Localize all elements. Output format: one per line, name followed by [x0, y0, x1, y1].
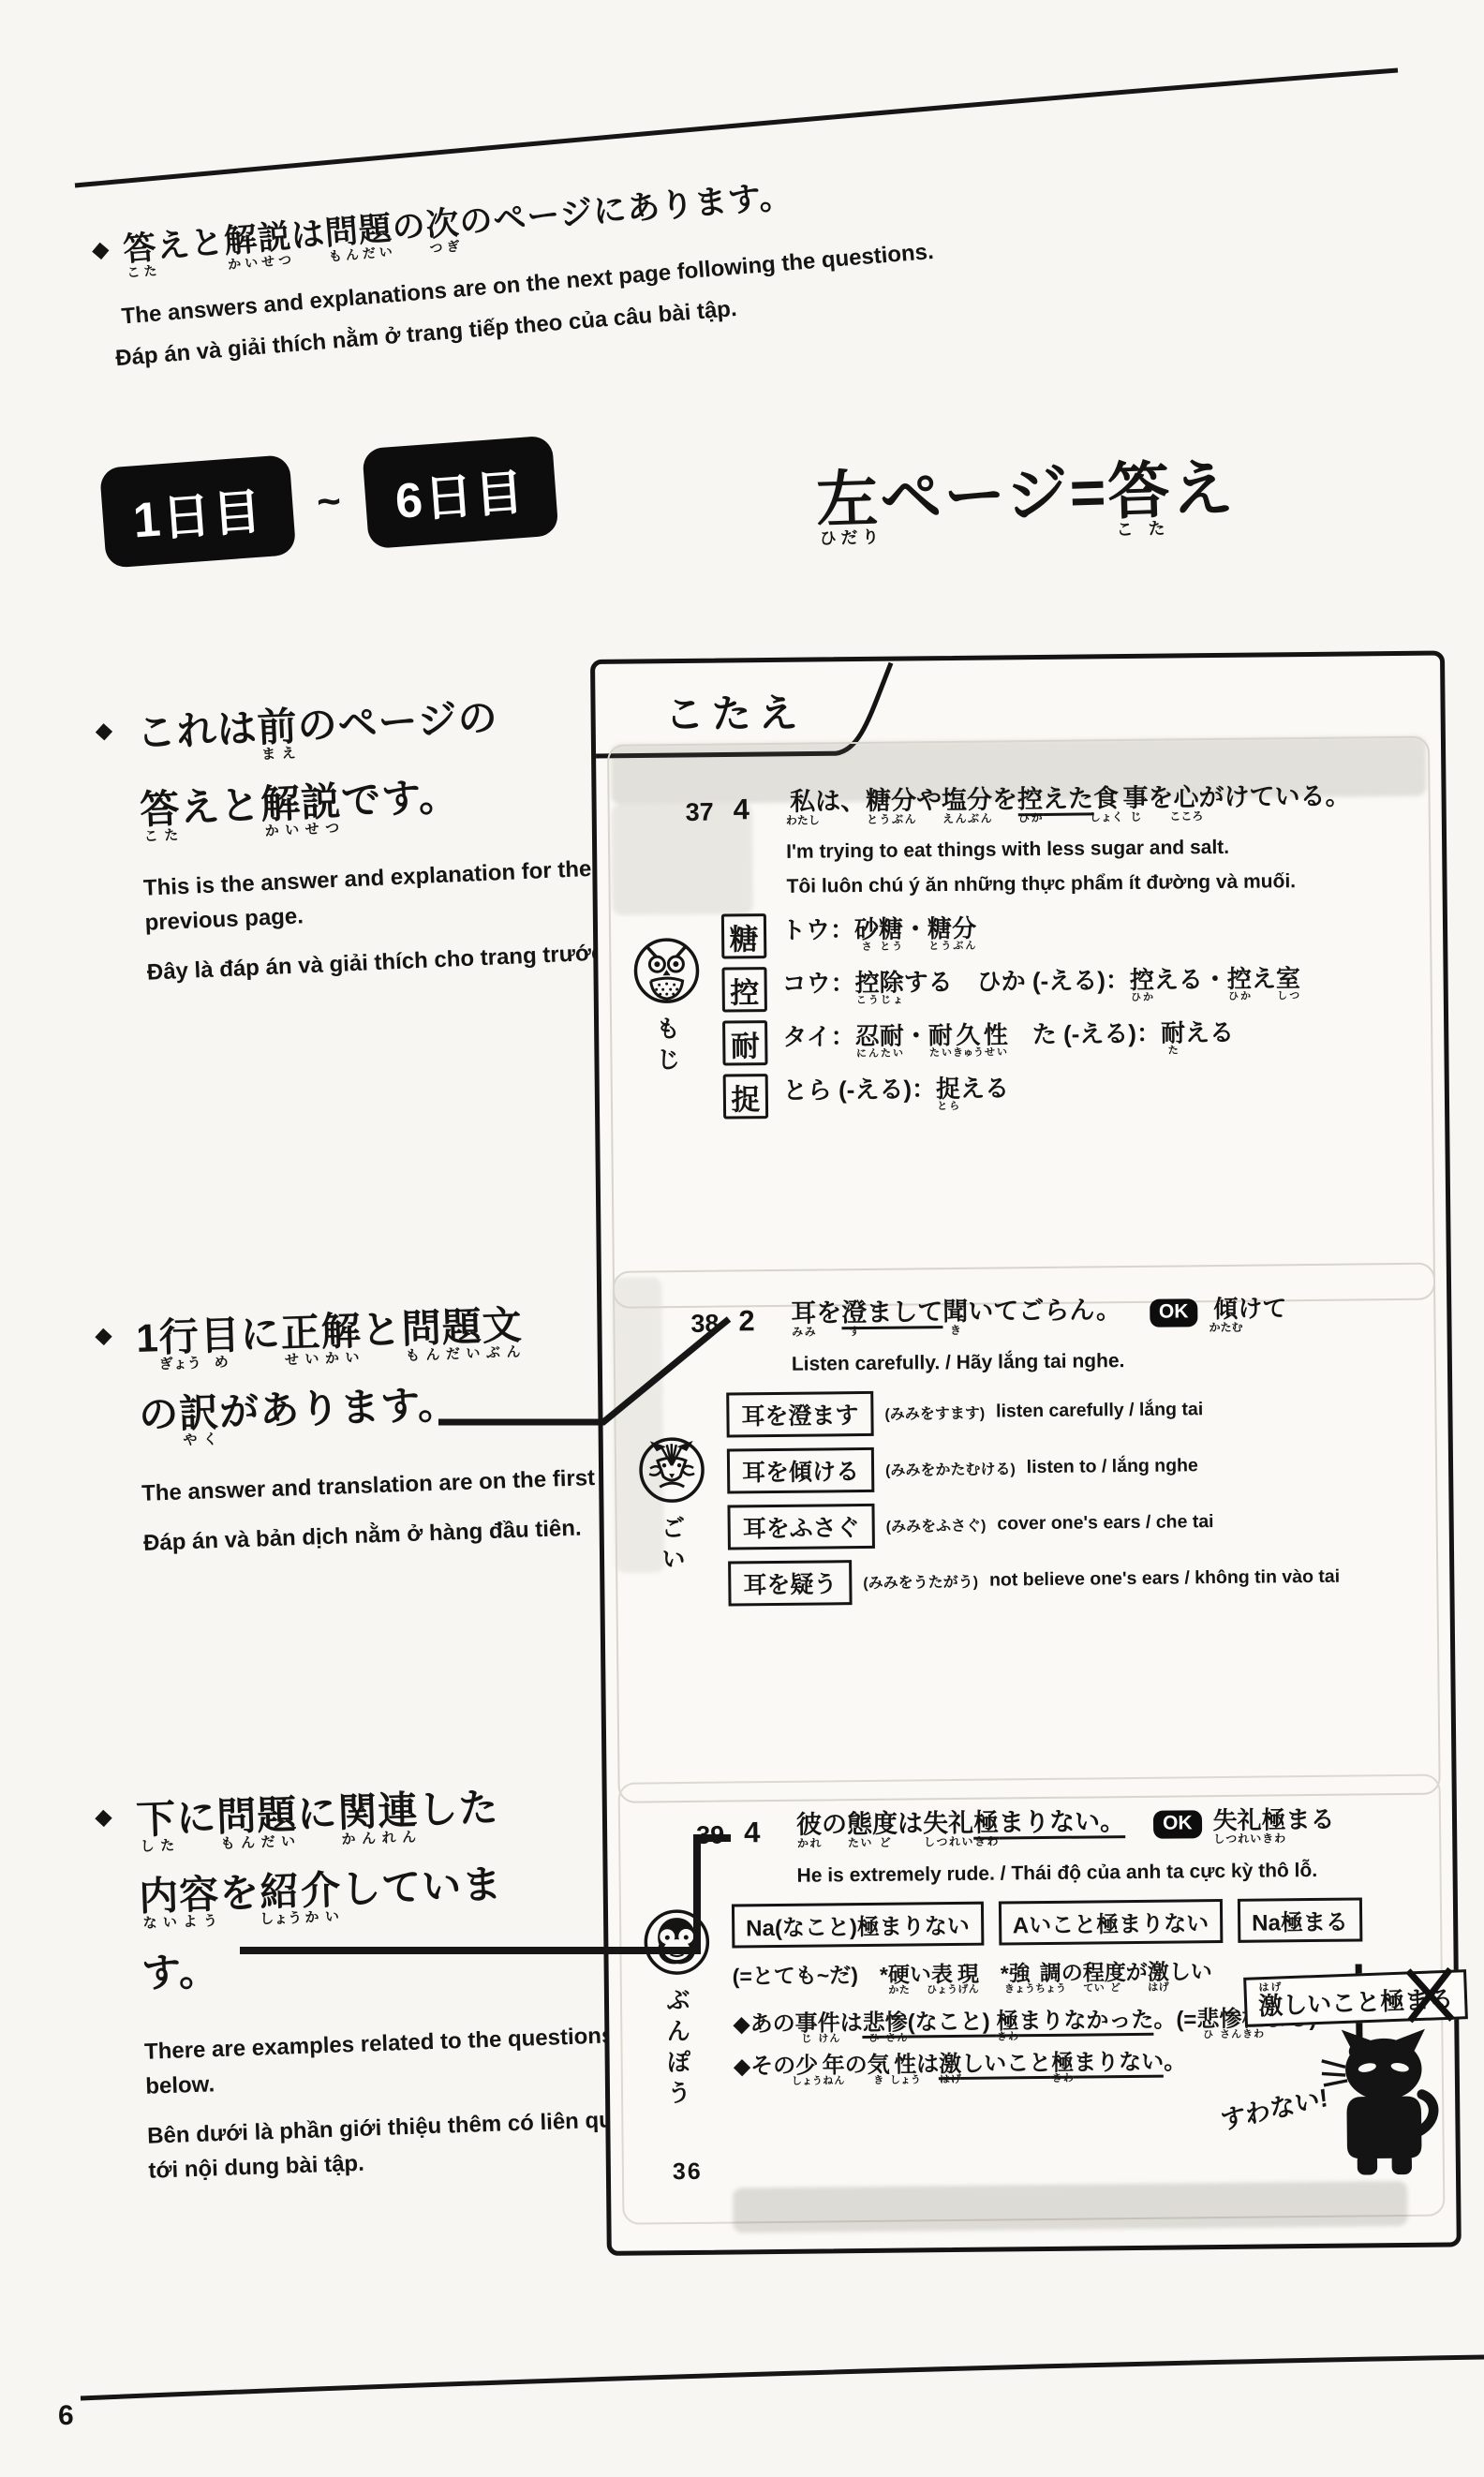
kanji-entry: 控 コウ：控こう除じょする ひか (-える)：控ひかえる・控ひかえ室しつ	[721, 960, 1430, 1013]
kanji-box: 糖	[721, 913, 767, 959]
inner-page-number: 36	[673, 2158, 703, 2186]
phrase-boxed: 耳を疑う	[728, 1560, 853, 1606]
category-column: ごい	[616, 1392, 729, 1618]
question-number: 38	[671, 1299, 738, 1339]
note-english: The answer and translation are on the fi…	[141, 1459, 648, 1511]
note-english: There are examples related to the questi…	[143, 2017, 651, 2104]
page-headline: 左ひだりページ=答こたえ	[815, 449, 1237, 547]
note-examples-below: ◆下したに問もん題だいに関かん連れんした 内ない容ようを紹しょう介かいしていま …	[135, 1764, 655, 2188]
sentence-text: 耳みみを澄すまして聞きいてごらん。	[791, 1296, 1121, 1329]
question-number: 39	[676, 1811, 744, 1850]
kanji-entry: 耐 タイ：忍にん耐たい・耐たい久きゅう性せい た (-える)：耐たえる	[722, 1014, 1431, 1066]
correct-choice-number: 4	[733, 788, 785, 827]
ok-badge: OK	[1153, 1810, 1202, 1839]
ok-alternative: OK傾かたむけて	[1150, 1295, 1287, 1334]
phrase-boxed: 耳を澄ます	[726, 1390, 874, 1437]
category-label-bunpou: ぶんぽう	[660, 1986, 695, 2110]
phrase-row: 耳を澄ます (みみをすます) listen carefully / lắng t…	[726, 1385, 1434, 1437]
kanji-box: 控	[721, 967, 767, 1013]
ok-alternative-text: 傾かたむけて	[1209, 1295, 1286, 1333]
day-badge-last: 6日目	[362, 436, 558, 550]
answer-sentence-jp: 耳みみを澄すまして聞きいてごらん。OK傾かたむけて	[791, 1294, 1287, 1339]
tilde-separator: ~	[315, 478, 342, 527]
answer-translation: He is extremely rude. / Thái độ của anh …	[796, 1855, 1439, 1892]
diamond-bullet-icon: ◆	[95, 1796, 114, 1840]
question-number: 37	[665, 788, 733, 827]
answer-translation-vi: Tôi luôn chú ý ăn những thực phẩm ít đườ…	[786, 865, 1429, 902]
phrase-row: 耳をふさぐ (みみをふさぐ) cover one's ears / che ta…	[727, 1497, 1435, 1550]
phrase-list: 耳を澄ます (みみをすます) listen carefully / lắng t…	[726, 1385, 1436, 1617]
answer-body: もじ 糖 トウ：砂さ糖とう・糖とう分ぶん 控 コウ：控こう除じょする ひか (-…	[611, 907, 1432, 1129]
diamond-bullet-icon: ◆	[95, 709, 114, 754]
category-column: ぶんぽう	[621, 1904, 734, 2111]
category-label-goi: ごい	[655, 1514, 690, 1576]
note-jp-line: の訳やくがあります。	[138, 1359, 646, 1454]
answer-sentence-jp: 私わたしは、糖とう分ぶんや塩えん分ぶんを控ひかえた食しょく事じを心こころがけてい…	[785, 782, 1350, 826]
phrase-boxed: 耳をふさぐ	[727, 1503, 875, 1550]
kanji-box: 捉	[723, 1074, 769, 1120]
category-column: もじ	[611, 914, 723, 1129]
note-jp-text: 下したに問もん題だいに関かん連れんした	[136, 1785, 500, 1841]
ok-alternative-text: 失しつ礼れい極きわまる	[1212, 1806, 1334, 1845]
day-range: 1日目 ~ 6日目	[99, 436, 558, 569]
x-cross-mark-icon	[1400, 1964, 1460, 2027]
crossed-out-sign: 激はげしいこと極まる	[1243, 1969, 1468, 2027]
kanji-entries: 糖 トウ：砂さ糖とう・糖とう分ぶん 控 コウ：控こう除じょする ひか (-える)…	[721, 907, 1432, 1128]
pattern-box: Aいこと極まりない	[999, 1899, 1224, 1946]
category-label-moji: もじ	[649, 1016, 685, 1077]
pattern-box: Na極まる	[1238, 1897, 1362, 1942]
phrase-gloss: listen to / lắng nghe	[1027, 1455, 1198, 1478]
answer-translation: Listen carefully. / Hãy lắng tai nghe.	[792, 1343, 1434, 1381]
diamond-bullet-icon: ◆	[95, 1314, 114, 1358]
answer-sentence-jp: 彼かれの態たい度どは失しつ礼れい極きわまりない。OK失しつ礼れい極きわまる	[796, 1805, 1335, 1850]
intro-heading-jp: 答こたえと解かい説せつは問もん題だいの次つぎのページにあります。	[122, 178, 794, 268]
answer-head: 39 4 彼かれの態たい度どは失しつ礼れい極きわまりない。OK失しつ礼れい極きわ…	[620, 1804, 1439, 1852]
note-jp-text: 1行ぎょう目めに正せい解かいと問もん題だい文ぶん	[136, 1303, 524, 1360]
kanji-entry: 糖 トウ：砂さ糖とう・糖とう分ぶん	[721, 907, 1430, 959]
pattern-box: Na(なこと)極まりない	[732, 1901, 984, 1948]
note-jp-text: これは前まえのページの	[136, 695, 499, 755]
note-previous-page: ◆これは前まえのページの 答こたえと解かい説せつです。 This is the …	[135, 673, 653, 990]
scan-smudge	[733, 2181, 1407, 2233]
owl-icon	[631, 935, 703, 1007]
kanji-readings: コウ：控こう除じょする ひか (-える)：控ひかえる・控ひかえ室しつ	[781, 961, 1300, 1006]
kanji-box: 耐	[722, 1020, 768, 1066]
correct-choice-number: 4	[744, 1811, 796, 1850]
answer-translation-en: I'm trying to eat things with less sugar…	[786, 831, 1429, 868]
note-first-line: ◆1行ぎょう目めに正せい解かいと問もん題だい文ぶん の訳やくがあります。 The…	[135, 1283, 649, 1561]
kanji-readings: タイ：忍にん耐たい・耐たい久きゅう性せい た (-える)：耐たえる	[782, 1016, 1234, 1060]
phrase-row: 耳を傾ける (みみをかたむける) listen to / lắng nghe	[727, 1441, 1435, 1493]
phrase-reading: (みみをかたむける)	[885, 1457, 1016, 1479]
phrase-boxed: 耳を傾ける	[727, 1446, 875, 1493]
cat-mascot-illustration	[1317, 2026, 1450, 2177]
scanned-textbook-page: { "page": { "number": "6", "box_page_num…	[0, 0, 1484, 2477]
answer-item-38: 38 2 耳みみを澄すまして聞きいてごらん。OK傾かたむけて Listen ca…	[613, 1263, 1441, 1803]
note-vietnamese: Đây là đáp án và giải thích cho trang tr…	[146, 933, 653, 990]
ok-badge: OK	[1150, 1298, 1198, 1327]
phrase-gloss: listen carefully / lắng tai	[996, 1399, 1203, 1422]
phrase-gloss: not believe one's ears / không tin vào t…	[989, 1566, 1340, 1592]
kanji-readings: とら (-える)：捉とらえる	[783, 1071, 1010, 1113]
pattern-row: Na(なこと)極まりない Aいこと極まりない Na極まる	[732, 1896, 1440, 1948]
answer-item-37: 37 4 私わたしは、糖とう分ぶんや塩えん分ぶんを控ひかえた食しょく事じを心ここ…	[607, 736, 1435, 1309]
day-badge-first: 1日目	[99, 454, 296, 569]
ok-alternative: OK失しつ礼れい極きわまる	[1153, 1806, 1335, 1846]
phrase-reading: (みみをうたがう)	[863, 1570, 978, 1593]
phrase-row: 耳を疑う (みみをうたがう) not believe one's ears / …	[728, 1553, 1436, 1606]
sentence-text: 彼かれの態たい度どは失しつ礼れい極きわまりない。	[796, 1807, 1125, 1839]
note-vietnamese: Bên dưới là phần giới thiệu thêm có liên…	[147, 2101, 655, 2188]
kanji-entry: 捉 とら (-える)：捉とらえる	[723, 1067, 1432, 1120]
monkey-icon	[641, 1906, 713, 1978]
correct-choice-number: 2	[738, 1299, 791, 1339]
top-page-edge-line	[75, 70, 1398, 185]
note-jp-line: す。	[141, 1918, 649, 2012]
note-english: This is the answer and explanation for t…	[142, 849, 651, 941]
page-number: 6	[58, 2400, 74, 2432]
answer-head: 38 2 耳みみを澄すまして聞きいてごらん。OK傾かたむけて	[615, 1293, 1433, 1341]
answer-head: 37 4 私わたしは、糖とう分ぶんや塩えん分ぶんを控ひかえた食しょく事じを心ここ…	[609, 781, 1428, 828]
bottom-page-edge-line	[81, 2357, 1484, 2398]
intro-block: ◆答こたえと解かい説せつは問もん題だいの次つぎのページにあります。 The an…	[90, 155, 998, 373]
kanji-readings: トウ：砂さ糖とう・糖とう分ぶん	[781, 912, 977, 953]
note-vietnamese: Đáp án và bản dịch nằm ở hàng đầu tiên.	[142, 1508, 649, 1561]
diamond-bullet-icon: ◆	[91, 236, 111, 262]
answers-tab-label: こたえ	[664, 683, 806, 741]
phrase-reading: (みみをふさぐ)	[886, 1514, 987, 1536]
badger-icon	[636, 1433, 708, 1505]
answer-body: ごい 耳を澄ます (みみをすます) listen carefully / lắn…	[616, 1385, 1436, 1618]
answers-box: こたえ 37 4 私わたしは、糖とう分ぶんや塩えん分ぶんを控ひかえた食しょく事じ…	[590, 650, 1462, 2255]
phrase-gloss: cover one's ears / che tai	[997, 1511, 1213, 1535]
phrase-reading: (みみをすます)	[884, 1402, 985, 1424]
